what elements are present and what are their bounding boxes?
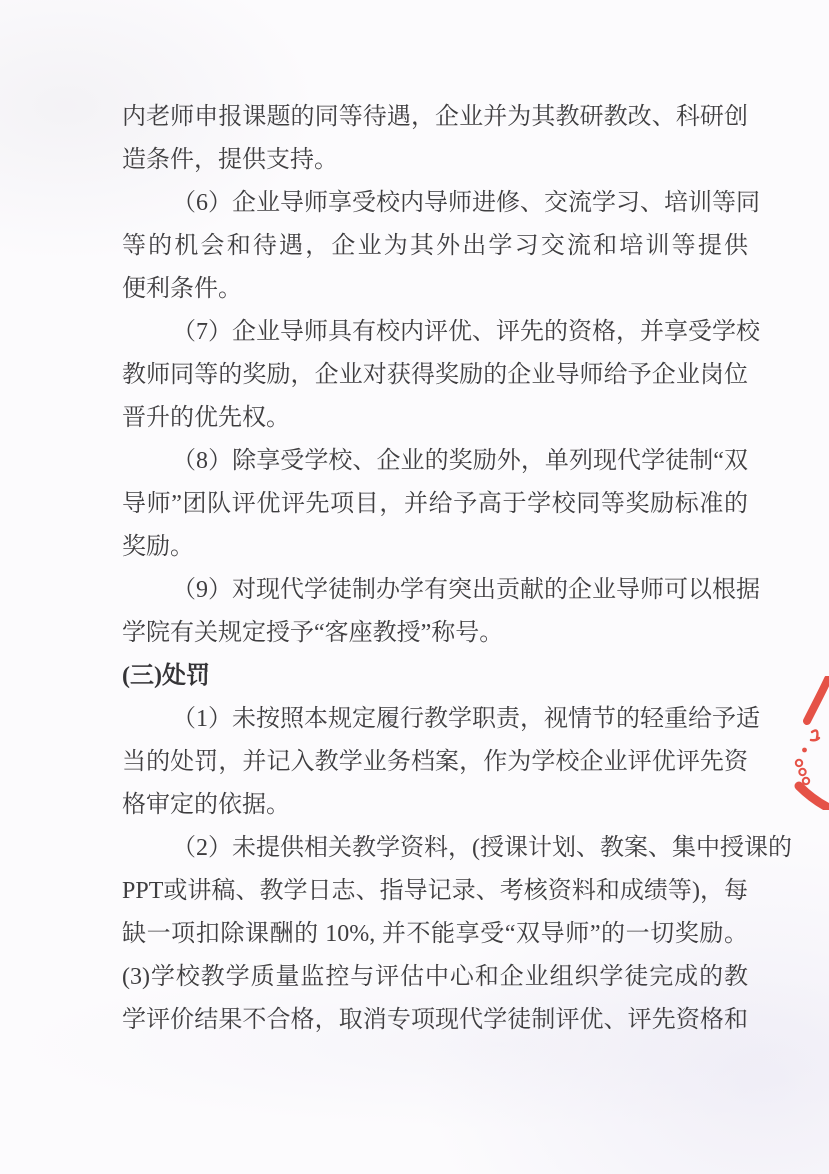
document-line: 教师同等的奖励，企业对获得奖励的企业导师给予企业岗位 [122,354,748,397]
document-line: 晋升的优先权。 [122,397,748,440]
document-line: 学院有关规定授予“客座教授”称号。 [122,612,748,655]
document-line: 格审定的依据。 [122,784,748,827]
document-line: 学评价结果不合格，取消专项现代学徒制评优、评先资格和 [122,999,748,1042]
document-line: 导师”团队评优评先项目，并给予高于学校同等奖励标准的 [122,483,748,526]
document-line: （1）未按照本规定履行教学职责，视情节的轻重给予适 [122,698,748,741]
document-line: 当的处罚，并记入教学业务档案，作为学校企业评优评先资 [122,741,748,784]
document-text: 内老师申报课题的同等待遇，企业并为其教研教改、科研创造条件，提供支持。（6）企业… [122,96,748,1042]
document-line: 造条件，提供支持。 [122,139,748,182]
document-line: （8）除享受学校、企业的奖励外，单列现代学徒制“双 [122,440,748,483]
document-line: （6）企业导师享受校内导师进修、交流学习、培训等同 [122,182,748,225]
document-line: 内老师申报课题的同等待遇，企业并为其教研教改、科研创 [122,96,748,139]
section-heading: (三)处罚 [122,655,748,698]
document-line: （9）对现代学徒制办学有突出贡献的企业导师可以根据 [122,569,748,612]
document-line: 缺一项扣除课酬的 10%, 并不能享受“双导师”的一切奖励。 [122,913,748,956]
document-line: 等的机会和待遇，企业为其外出学习交流和培训等提供 [122,225,748,268]
document-line: 便利条件。 [122,268,748,311]
document-line: （2）未提供相关教学资料，(授课计划、教案、集中授课的 [122,827,748,870]
document-page: 内老师申报课题的同等待遇，企业并为其教研教改、科研创造条件，提供支持。（6）企业… [0,0,829,1174]
document-line: （7）企业导师具有校内评优、评先的资格，并享受学校 [122,311,748,354]
document-line: 奖励。 [122,526,748,569]
document-line: (3)学校教学质量监控与评估中心和企业组织学徒完成的教 [122,956,748,999]
official-seal-fragment-icon [793,676,829,810]
document-line: PPT或讲稿、教学日志、指导记录、考核资料和成绩等)，每 [122,870,748,913]
